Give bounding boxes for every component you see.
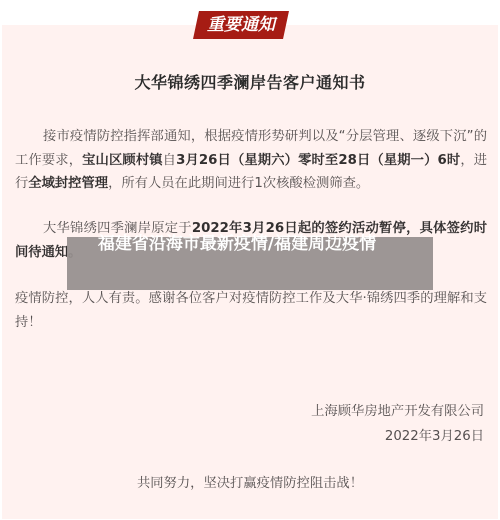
paragraph-bold-period: 3月26日（星期六）零时至28日（星期一）6时 — [176, 153, 460, 168]
paragraph-thanks: 疫情防控，人人有责。感谢各位客户对疫情防控工作及大华·锦绣四季的理解和支持！ — [15, 287, 487, 334]
caption-overlay-text[interactable]: 福建省沿海市最新疫情/福建周边疫情 — [72, 232, 402, 256]
paragraph-text: ，所有人员在此期间进行1次核酸检测筛查。 — [108, 176, 369, 191]
notice-badge-label: 重要通知 — [196, 11, 286, 39]
slogan: 共同努力，坚决打赢疫情防控阻击战！ — [0, 472, 500, 491]
paragraph-text: 自 — [163, 153, 176, 168]
document-title: 大华锦绣四季澜岸告客户通知书 — [0, 70, 500, 93]
paragraph-bold-location: 宝山区顾村镇 — [82, 153, 163, 168]
paragraph-bold-measure: 全域封控管理 — [28, 176, 108, 191]
paragraph-lockdown-notice: 接市疫情防控指挥部通知，根据疫情形势研判以及“分层管理、逐级下沉”的工作要求，宝… — [15, 125, 487, 196]
signature-date: 2022年3月26日 — [184, 425, 484, 444]
signature-company: 上海顾华房地产开发有限公司 — [184, 400, 484, 419]
